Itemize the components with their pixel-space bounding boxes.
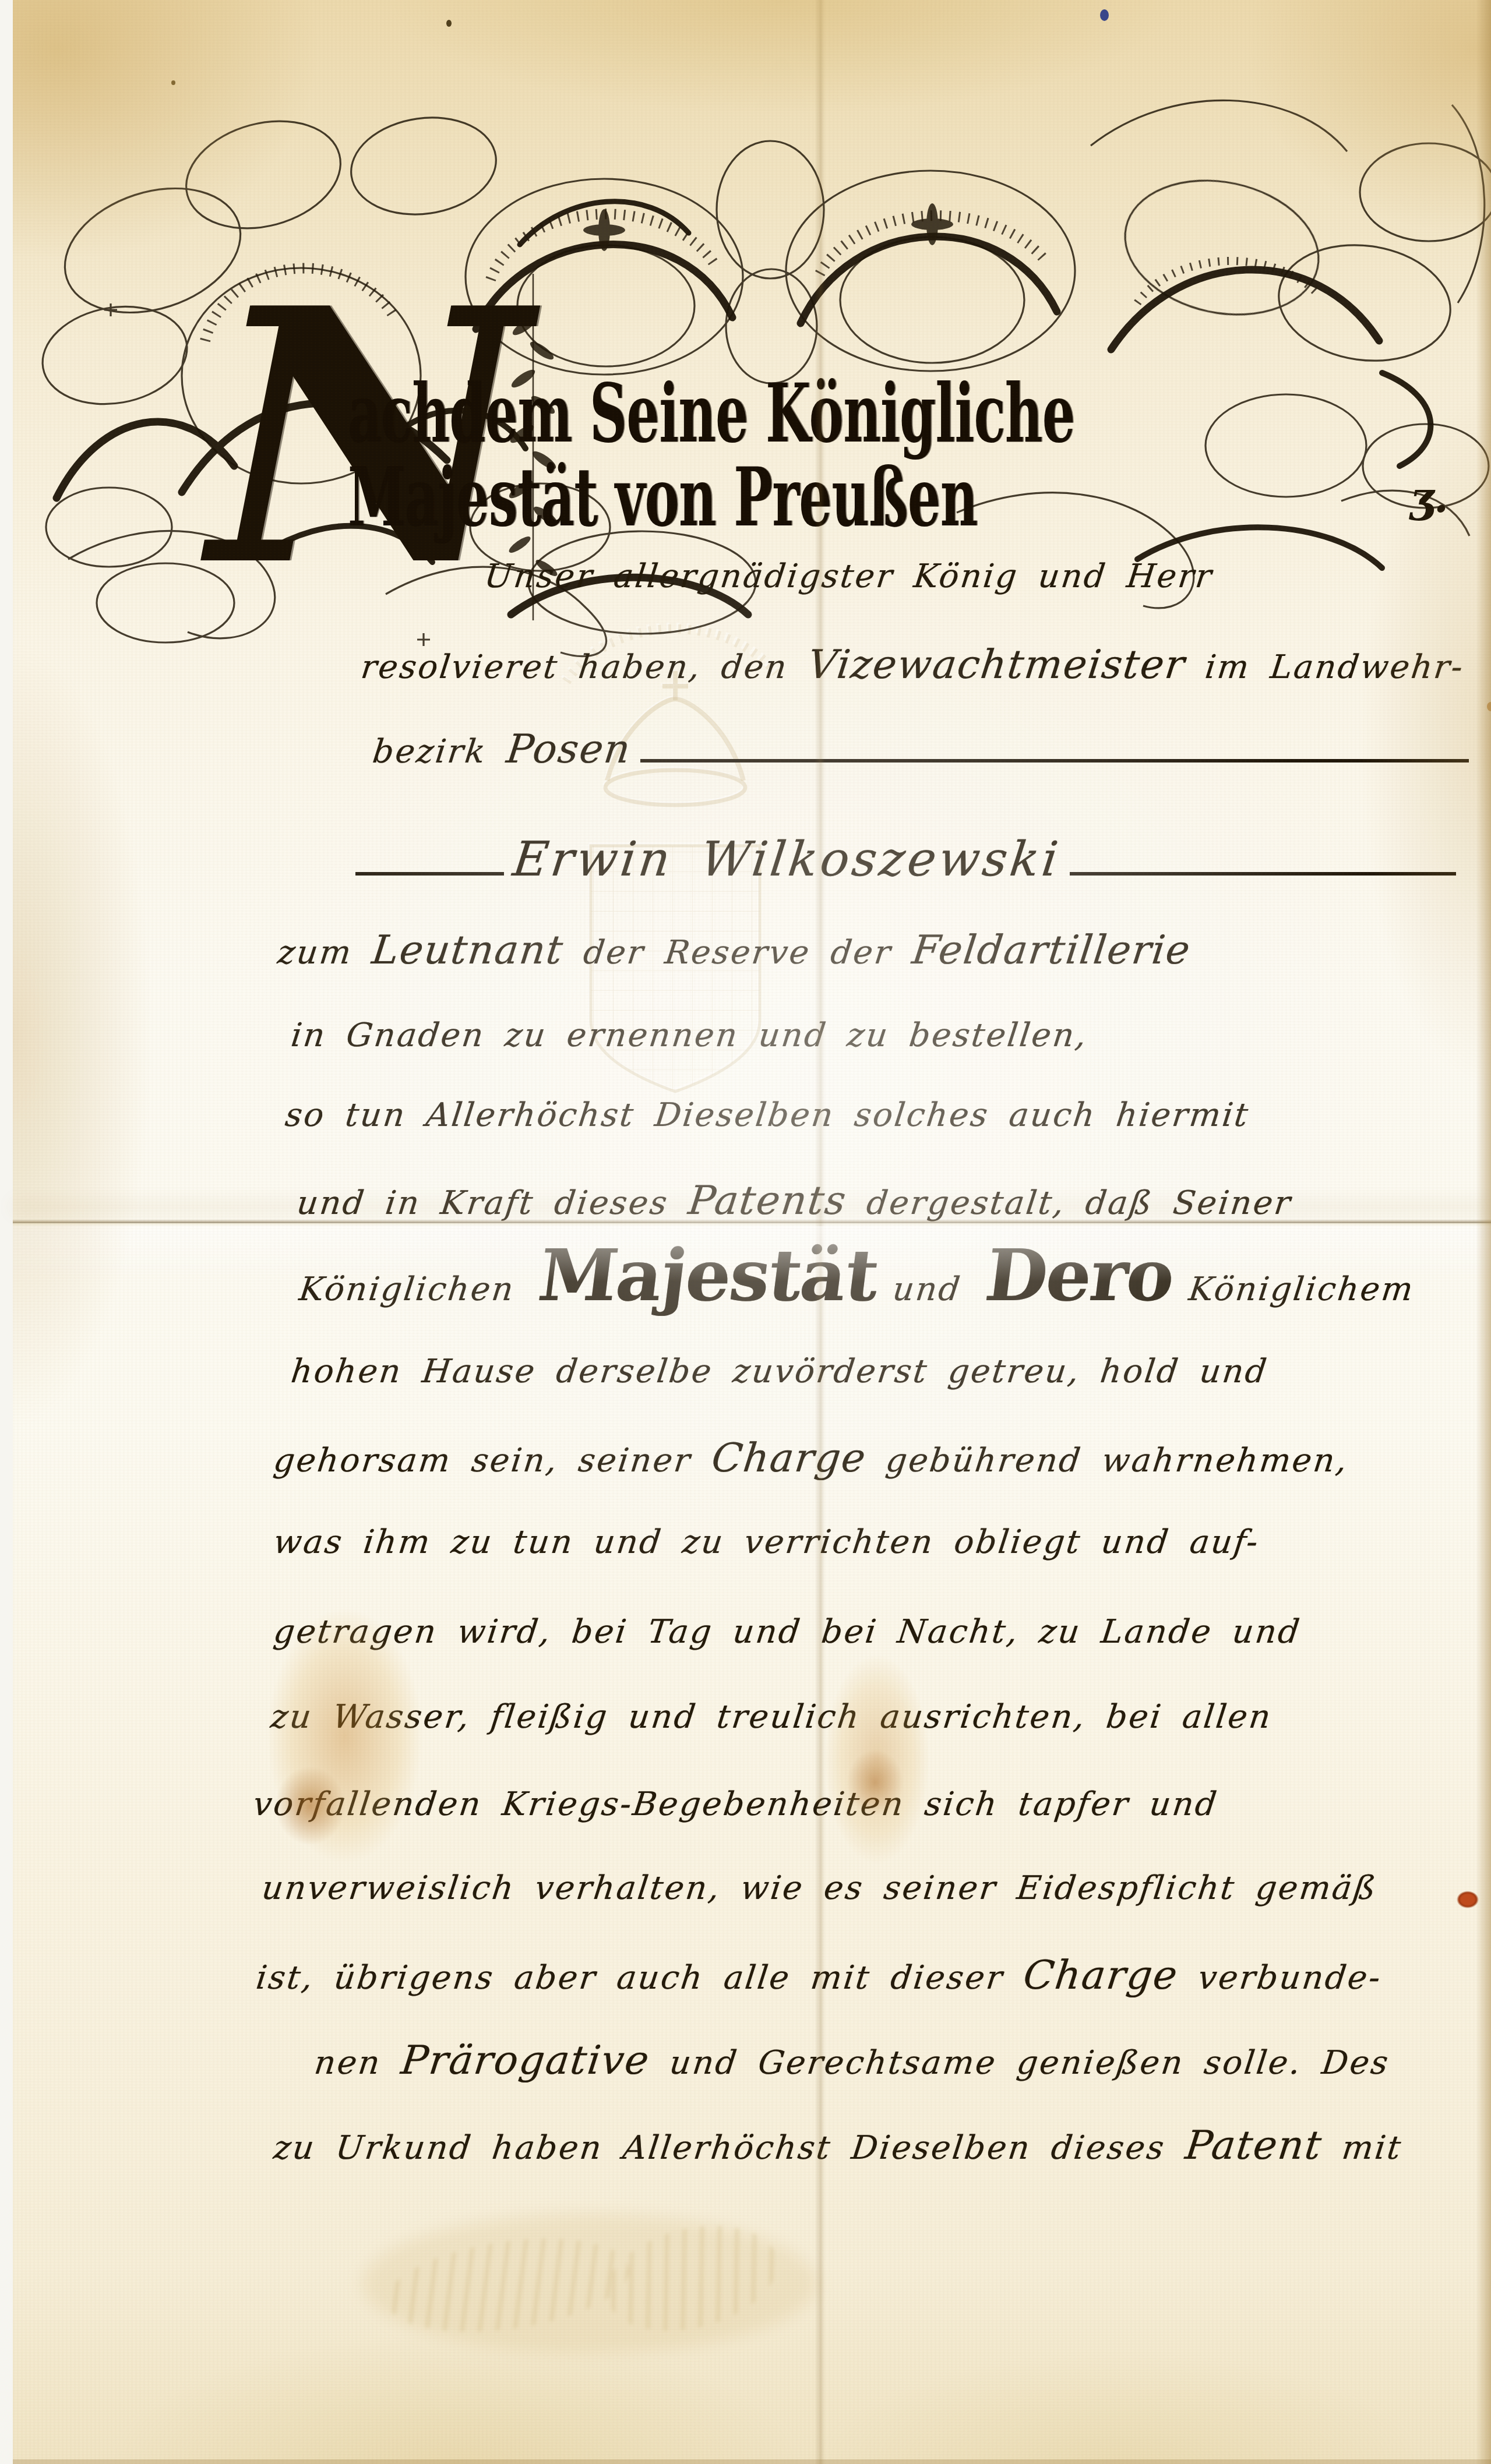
text-line-10: hohen Hause derselbe zuvörderst getreu, … (291, 1353, 1474, 1390)
ink-bleed-through (381, 2225, 636, 2346)
emphasized-word: Prärogative (399, 2041, 652, 2081)
text-line-8: und in Kraft dieses Patents dergestalt, … (297, 1181, 1468, 1222)
ink-bleed-through (595, 2209, 788, 2347)
text-line-9: Königlichen Majestät und Dero Königliche… (299, 1240, 1471, 1311)
etc-flourish: ʒ. (1410, 476, 1448, 518)
underline-rule (1070, 872, 1456, 876)
underline-rule (640, 759, 1469, 763)
body-text: dergestalt, daß Seiner (844, 1185, 1294, 1222)
body-text: so tun Allerhöchst Dieselben solches auc… (283, 1097, 1252, 1134)
emphasized-word: Patents (686, 1181, 849, 1221)
text-line-2: resolvieret haben, den Vizewachtmeister … (361, 645, 1477, 686)
body-text: ist, übrigens aber auch alle mit dieser (254, 1960, 1026, 1997)
body-text: resolvieret haben, den (359, 649, 810, 686)
body-text: Königlichen (297, 1271, 537, 1308)
text-line-6: in Gnaden zu ernennen und zu bestellen, (291, 1017, 1457, 1054)
body-text: im Landwehr- (1183, 649, 1467, 686)
body-text: was ihm zu tun und zu verrichten obliegt… (272, 1524, 1261, 1561)
text-line-3: bezirk Posen (373, 730, 1478, 771)
body-text: Unser allergnädigster König und Herr (482, 558, 1215, 595)
body-text: in Gnaden zu ernennen und zu bestellen, (289, 1017, 1090, 1054)
body-text: der Reserve der (562, 934, 915, 972)
paper-sheet: N achdem Seine Königliche Majestät von P… (13, 0, 1491, 2464)
body-text: vorfallenden Kriegs-Begebenheiten sich t… (251, 1786, 1220, 1823)
paper-bottom-edge (13, 2459, 1491, 2464)
text-line-14: zu Wasser, fleißig und treulich ausricht… (271, 1699, 1474, 1736)
text-line-7: so tun Allerhöchst Dieselben solches auc… (285, 1097, 1457, 1134)
patent-document-scan: N achdem Seine Königliche Majestät von P… (0, 0, 1491, 2464)
text-line-11: gehorsam sein, seiner Charge gebührend w… (274, 1439, 1474, 1480)
fraktur-word: Majestät (535, 1240, 882, 1311)
body-text: und Gerechtsame genießen solle. Des (647, 2045, 1392, 2082)
blue-ink-dot (1100, 9, 1109, 21)
text-line-12: was ihm zu tun und zu verrichten obliegt… (274, 1524, 1474, 1561)
emphasized-word: Erwin Wilkoszewski (510, 836, 1063, 884)
ink-speck (446, 20, 452, 27)
body-text: zu Wasser, fleißig und treulich ausricht… (269, 1699, 1274, 1736)
text-line-13: getragen wird, bei Tag und bei Nacht, zu… (274, 1614, 1474, 1651)
text-line-17: ist, übrigens aber auch alle mit dieser … (256, 1956, 1474, 1997)
body-text: verbunde- (1176, 1960, 1384, 1997)
text-line-18: nen Prärogative und Gerechtsame genießen… (315, 2041, 1474, 2082)
body-text: hohen Hause derselbe zuvörderst getreu, … (289, 1353, 1270, 1390)
body-text: und in Kraft dieses (295, 1185, 691, 1222)
text-line-4: Erwin Wilkoszewski (355, 836, 1465, 884)
document-headline: achdem Seine Königliche Majestät von Pre… (348, 410, 1491, 540)
emphasized-word: Patent (1183, 2126, 1324, 2166)
emphasized-word: Feldartillerie (910, 931, 1193, 970)
body-text: bezirk (371, 733, 509, 771)
emphasized-word: Charge (709, 1439, 868, 1478)
ink-speck (171, 80, 175, 85)
emphasized-word: Posen (505, 730, 633, 769)
text-line-19: zu Urkund haben Allerhöchst Dieselben di… (274, 2126, 1474, 2167)
body-text: Königlichem (1166, 1271, 1416, 1308)
text-line-1: Unser allergnädigster König und Herr (485, 558, 1429, 595)
fraktur-word: Dero (982, 1240, 1178, 1311)
headline-text: achdem Seine Königliche Majestät von Pre… (348, 371, 1308, 539)
emphasized-word: Leutnant (370, 931, 566, 970)
body-text: mit (1320, 2130, 1404, 2167)
body-text: gebührend wahrnehmen, (863, 1442, 1351, 1480)
emphasized-word: Vizewachtmeister (806, 645, 1187, 685)
body-text: getragen wird, bei Tag und bei Nacht, zu… (272, 1614, 1303, 1651)
body-text: unverweislich verhalten, wie es seiner E… (260, 1870, 1379, 1907)
text-line-15: vorfallenden Kriegs-Begebenheiten sich t… (253, 1786, 1474, 1823)
body-text: und (871, 1271, 985, 1308)
body-text: zu Urkund haben Allerhöchst Dieselben di… (272, 2130, 1188, 2167)
emphasized-word: Charge (1021, 1956, 1180, 1996)
text-line-16: unverweislich verhalten, wie es seiner E… (262, 1870, 1474, 1907)
underline-rule (355, 872, 504, 876)
text-line-5: zum Leutnant der Reserve der Feldartille… (278, 931, 1475, 972)
stain (810, 1625, 944, 1893)
ink-bleed-halo (362, 2214, 817, 2353)
body-text: zum (276, 934, 375, 972)
body-text: nen (312, 2045, 404, 2082)
paper-right-edge (1476, 0, 1491, 2464)
body-text: gehorsam sein, seiner (272, 1442, 714, 1480)
